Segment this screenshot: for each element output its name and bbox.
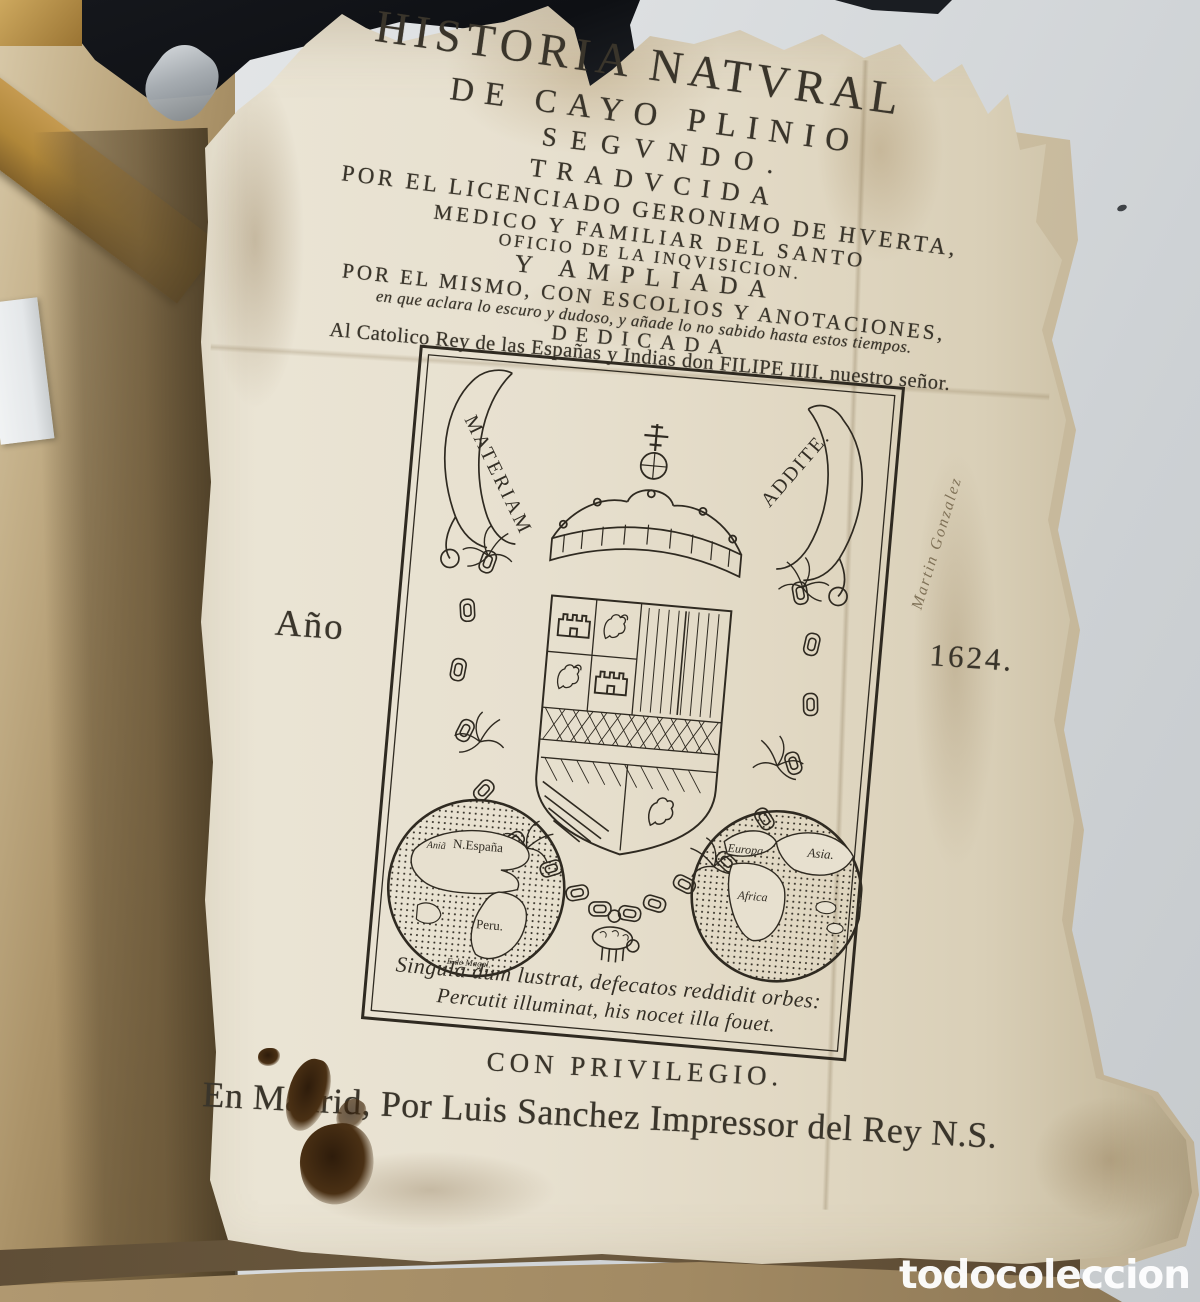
photo-of-book: HISTORIA NATVRAL DE CAYO PLINIO SEGVNDO.…: [0, 0, 1200, 1302]
crown: [550, 416, 752, 577]
globe-label-peru: Peru.: [476, 916, 504, 933]
banner-left-text: MATERIAM: [460, 412, 537, 539]
coat-of-arms-shield: [530, 596, 731, 863]
globe-label-asia: Asia.: [806, 845, 835, 862]
globe-label-ania: Aniã: [425, 840, 446, 853]
engraving-coat-of-arms: MATERIAM ADDITE.: [359, 343, 906, 1063]
year-label: Año: [249, 600, 372, 651]
vellum-cover-corner: [0, 0, 82, 46]
banner-left-ribbon: [435, 366, 531, 573]
todocoleccion-watermark-logo: todocoleccion: [899, 1253, 1190, 1298]
globe-label-africa: Africa: [736, 888, 768, 905]
globe-old-world: Europa Asia. Africa: [685, 804, 869, 988]
banner-right-text: ADDITE.: [757, 426, 835, 511]
